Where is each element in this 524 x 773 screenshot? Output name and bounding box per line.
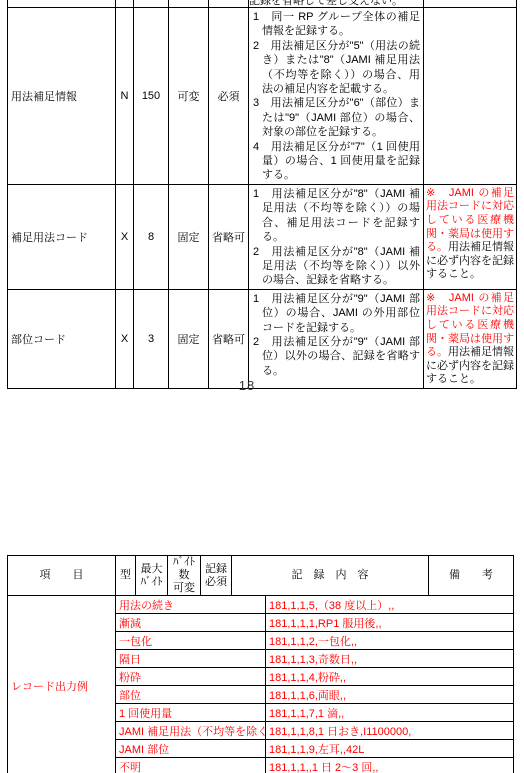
clipped-table-row: 記録を省略して差し支えない。 <box>8 0 517 8</box>
item-name-cell: 用法補足情報 <box>8 8 116 185</box>
content-item: 1 用法補足区分が"8"（JAMI 補足用法（不均等を除く））の場合、補足用法コ… <box>253 187 420 245</box>
content-item: 3 用法補足区分が"6"（部位）または"9"（JAMI 部位）の場合、対象の部位… <box>253 96 420 139</box>
content-item: 1 用法補足区分が"9"（JAMI 部位）の場合、JAMI の外用部位コードを記… <box>253 292 420 335</box>
document-page: 記録を省略して差し支えない。 用法補足情報 N 150 可変 必須 1 同一 R… <box>0 0 524 773</box>
max-bytes-cell <box>134 0 169 8</box>
item-name-cell: 部位コード <box>8 289 116 388</box>
example-value: 181,1,1,5,（38 度以上）,, <box>266 596 514 614</box>
example-value: 181,1,1,2,一包化,, <box>266 632 514 650</box>
header-remarks: 備 考 <box>429 556 514 596</box>
example-label: 1 回使用量 <box>116 704 266 722</box>
header-type: 型 <box>116 556 136 596</box>
header-record-required: 記録 必須 <box>201 556 232 596</box>
row-group-label: レコード出力例 <box>8 596 116 773</box>
example-label: 一包化 <box>116 632 266 650</box>
max-bytes-cell: 3 <box>134 289 169 388</box>
example-value: 181,1,1,8,1 日おき,I1100000, <box>266 722 514 740</box>
content-cell: 1 用法補足区分が"8"（JAMI 補足用法（不均等を除く））の場合、補足用法コ… <box>249 184 424 289</box>
content-item: 2 用法補足区分が"9"（JAMI 部位）以外の場合、記録を省略する。 <box>253 335 420 378</box>
example-label: 用法の続き <box>116 596 266 614</box>
example-value: 181,1,1,4,粉砕,, <box>266 668 514 686</box>
content-item: 2 用法補足区分が"8"（JAMI 補足用法（不均等を除く））以外の場合、記録を… <box>253 245 420 288</box>
table-row-usage-supplement-info: 用法補足情報 N 150 可変 必須 1 同一 RP グループ全体の補足情報を記… <box>8 8 517 185</box>
clipped-text: 記録を省略して差し支えない。 <box>249 0 423 7</box>
example-label: JAMI 補足用法（不均等を除く） <box>116 722 266 740</box>
example-value: 181,1,1,3,奇数日,, <box>266 650 514 668</box>
required-cell: 省略可 <box>209 184 249 289</box>
type-cell: X <box>116 289 134 388</box>
item-name-cell <box>8 0 116 8</box>
example-value: 181,1,1,1,RP1 服用後,, <box>266 614 514 632</box>
type-cell <box>116 0 134 8</box>
table-header-row: 項 目 型 最大 ﾊﾞｲﾄ ﾊﾞｲﾄ数 可変 記録 必須 記 録 内 容 備 考 <box>8 556 514 596</box>
variable-cell: 固定 <box>169 184 209 289</box>
page-number: 18 <box>0 378 494 393</box>
variable-cell: 固定 <box>169 289 209 388</box>
remarks-cell <box>424 8 517 185</box>
variable-cell: 可変 <box>169 8 209 185</box>
example-label: 漸減 <box>116 614 266 632</box>
required-cell <box>209 0 249 8</box>
content-cell: 1 用法補足区分が"9"（JAMI 部位）の場合、JAMI の外用部位コードを記… <box>249 289 424 388</box>
content-item: 1 同一 RP グループ全体の補足情報を記録する。 <box>253 10 420 39</box>
example-value: 181,1,1,7,1 滴,, <box>266 704 514 722</box>
content-cell: 記録を省略して差し支えない。 <box>249 0 424 8</box>
example-value: 181,1,1,9,左耳,,42L <box>266 740 514 758</box>
max-bytes-cell: 150 <box>134 8 169 185</box>
remarks-cell: ※ JAMI の補足用法コードに対応している医療機関・薬局は使用する。用法補足情… <box>424 184 517 289</box>
example-label: 部位 <box>116 686 266 704</box>
example-label: 不明 <box>116 758 266 773</box>
example-row: レコード出力例 用法の続き 181,1,1,5,（38 度以上）,, <box>8 596 514 614</box>
content-cell: 1 同一 RP グループ全体の補足情報を記録する。 2 用法補足区分が"5"（用… <box>249 8 424 185</box>
max-bytes-cell: 8 <box>134 184 169 289</box>
header-max-bytes: 最大 ﾊﾞｲﾄ <box>136 556 168 596</box>
variable-cell <box>169 0 209 8</box>
item-name-cell: 補足用法コード <box>8 184 116 289</box>
example-label: 隔日 <box>116 650 266 668</box>
header-record-content: 記 録 内 容 <box>232 556 429 596</box>
example-label: JAMI 部位 <box>116 740 266 758</box>
required-cell: 必須 <box>209 8 249 185</box>
table-row-body-part-code: 部位コード X 3 固定 省略可 1 用法補足区分が"9"（JAMI 部位）の場… <box>8 289 517 388</box>
record-output-example-table: 項 目 型 最大 ﾊﾞｲﾄ ﾊﾞｲﾄ数 可変 記録 必須 記 録 内 容 備 考… <box>7 555 514 773</box>
remarks-cell: ※ JAMI の補足用法コードに対応している医療機関・薬局は使用する。用法補足情… <box>424 289 517 388</box>
content-item: 4 用法補足区分が"7"（1 回使用量）の場合、1 回使用量を記録する。 <box>253 140 420 183</box>
type-cell: X <box>116 184 134 289</box>
type-cell: N <box>116 8 134 185</box>
header-bytes-variable: ﾊﾞｲﾄ数 可変 <box>168 556 201 596</box>
header-item: 項 目 <box>8 556 116 596</box>
content-item: 2 用法補足区分が"5"（用法の続き）または"8"（JAMI 補足用法（不均等を… <box>253 39 420 97</box>
remarks-cell <box>424 0 517 8</box>
usage-supplement-spec-table: 記録を省略して差し支えない。 用法補足情報 N 150 可変 必須 1 同一 R… <box>7 0 517 389</box>
table-row-supplement-usage-code: 補足用法コード X 8 固定 省略可 1 用法補足区分が"8"（JAMI 補足用… <box>8 184 517 289</box>
example-value: 181,1,1,,1 日 2～3 回,, <box>266 758 514 773</box>
example-label: 粉砕 <box>116 668 266 686</box>
required-cell: 省略可 <box>209 289 249 388</box>
example-value: 181,1,1,6,両眼,, <box>266 686 514 704</box>
